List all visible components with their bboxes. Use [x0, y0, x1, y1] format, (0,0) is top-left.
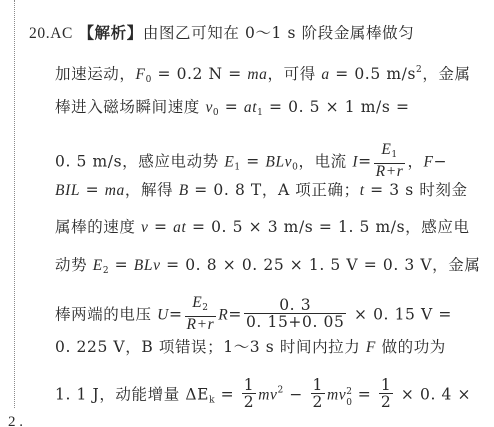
fraction-voltage-ratio: E2R+r: [185, 294, 217, 333]
line-text: 棒两端的电压: [55, 306, 157, 324]
var-B: B: [179, 182, 189, 199]
solution-line-3: 棒进入磁场瞬间速度 v0 = at1 = 0. 5 × 1 m/s =: [55, 97, 410, 123]
fraction-half: 12: [311, 377, 325, 410]
var-BLv: BLv: [265, 154, 292, 171]
fraction-numerator: E2: [185, 294, 217, 317]
margin-dotted-rule: [14, 0, 15, 408]
subscript: 0: [346, 393, 352, 413]
var-E: E: [192, 294, 202, 311]
var-E: E: [93, 257, 103, 274]
fraction-denominator: 0. 15+0. 05: [244, 314, 346, 330]
line-text: =: [80, 181, 105, 199]
line-text: 0. 5 m/s，感应电动势: [55, 153, 224, 171]
var-F: F: [136, 66, 146, 83]
line-text: =: [109, 256, 134, 274]
solution-line-8: 棒两端的电压 U=E2R+rR=0. 30. 15+0. 05 × 0. 15 …: [55, 296, 452, 335]
minus: −: [284, 386, 309, 404]
var-BIL: BIL: [55, 182, 80, 199]
solution-line-5: BIL = ma，解得 B = 0. 8 T，A 项正确；t = 3 s 时刻金: [55, 180, 468, 201]
line-text: = 3 s 时刻金: [365, 181, 468, 199]
line-text: ，电流: [298, 153, 352, 171]
var-E: E: [224, 154, 234, 171]
equals: =: [358, 153, 372, 171]
line-text: = 0.5 m/s: [330, 65, 416, 83]
fraction-denominator: 2: [379, 394, 393, 410]
fraction-half: 12: [242, 377, 256, 410]
var-mv: mv: [258, 387, 277, 404]
var-F: F: [366, 339, 376, 356]
fraction-numerator: 1: [379, 377, 393, 394]
var-F: F: [424, 154, 434, 171]
line-text: =: [241, 153, 266, 171]
equals: =: [352, 386, 377, 404]
fraction-numerator: 1: [242, 377, 256, 394]
solution-line-7: 动势 E2 = BLv = 0. 8 × 0. 25 × 1. 5 V = 0.…: [55, 255, 480, 281]
answer-choices: AC: [50, 25, 73, 42]
line-text: ，解得: [125, 181, 179, 199]
solution-line-10: 1. 1 J，动能增量 ΔEk = 12mv2 − 12mv20 = 12 × …: [55, 379, 471, 412]
line-text: × 0. 4 ×: [395, 386, 471, 404]
equals: =: [169, 306, 183, 324]
line-text: 做的功为: [376, 338, 446, 356]
solution-line-1: 20.AC 【解析】由图乙可知在 0～1 s 阶段金属棒做匀: [29, 23, 414, 44]
line-text: 0. 225 V，B 项错误；1～3 s 时间内拉力: [55, 338, 366, 356]
equals: =: [215, 386, 240, 404]
line-text: 动势: [55, 256, 93, 274]
var-R: R: [218, 307, 228, 324]
line-text: =: [149, 218, 174, 236]
fraction-numerator: E1: [374, 141, 406, 164]
var-ma: ma: [247, 66, 267, 83]
minus: −: [434, 153, 448, 171]
line-text: = 0. 5 × 1 m/s =: [264, 98, 410, 116]
solution-line-9: 0. 225 V，B 项错误；1～3 s 时间内拉力 F 做的功为: [55, 337, 446, 358]
line-text: 属棒的速度: [55, 218, 141, 236]
line-text: = 0. 8 × 0. 25 × 1. 5 V = 0. 3 V，金属: [161, 256, 481, 274]
fraction-denominator: R+r: [185, 317, 217, 333]
var-v: v: [205, 99, 212, 116]
var-at: at: [173, 219, 186, 236]
sub-sup-stack: 20: [346, 390, 352, 400]
solution-line-2: 加速运动，F0 = 0.2 N = ma，可得 a = 0.5 m/s2，金属: [55, 60, 471, 90]
fraction-denominator: 2: [311, 394, 325, 410]
solution-line-4: 0. 5 m/s，感应电动势 E1 = BLv0，电流 I=E1R+r，F−: [55, 143, 447, 182]
fraction-numerator: 1: [311, 377, 325, 394]
var-v: v: [141, 219, 148, 236]
var-E: E: [381, 141, 391, 158]
var-ma: ma: [105, 182, 125, 199]
line-text: 加速运动，: [55, 65, 136, 83]
line-text: ，: [407, 153, 423, 171]
solution-line-6: 属棒的速度 v = at = 0. 5 × 3 m/s = 1. 5 m/s，感…: [55, 217, 470, 238]
var-BLv: BLv: [134, 257, 161, 274]
line-text: = 0.2 N =: [152, 65, 247, 83]
var-a: a: [321, 66, 329, 83]
line-text: 由图乙可知在 0～1 s 阶段金属棒做匀: [143, 24, 414, 42]
fraction-denominator: R+r: [374, 164, 406, 180]
line-text: 棒进入磁场瞬间速度: [55, 98, 205, 116]
line-text: 1. 1 J，动能增量 ΔE: [55, 386, 209, 404]
fraction-numeric: 0. 30. 15+0. 05: [244, 297, 346, 330]
var-mv: mv: [327, 387, 346, 404]
line-text: ，金属: [422, 65, 470, 83]
line-text: = 0. 5 × 3 m/s = 1. 5 m/s，感应电: [186, 218, 469, 236]
fraction-half: 12: [379, 377, 393, 410]
line-text: = 0. 8 T，A 项正确；: [189, 181, 360, 199]
cut-off-next-line: 2 .: [8, 414, 23, 427]
equals: =: [228, 306, 242, 324]
subscript: 2: [202, 303, 208, 313]
analysis-tag: 【解析】: [78, 23, 142, 42]
fraction-denominator: 2: [242, 394, 256, 410]
var-at: at: [244, 99, 257, 116]
question-number: 20.: [29, 25, 50, 42]
subscript: 1: [391, 150, 397, 160]
line-text: =: [219, 98, 244, 116]
line-text: × 0. 15 V =: [348, 306, 452, 324]
line-text: ，可得: [268, 65, 322, 83]
var-U: U: [157, 307, 169, 324]
fraction-numerator: 0. 3: [244, 297, 346, 314]
fraction-current: E1R+r: [374, 141, 406, 180]
